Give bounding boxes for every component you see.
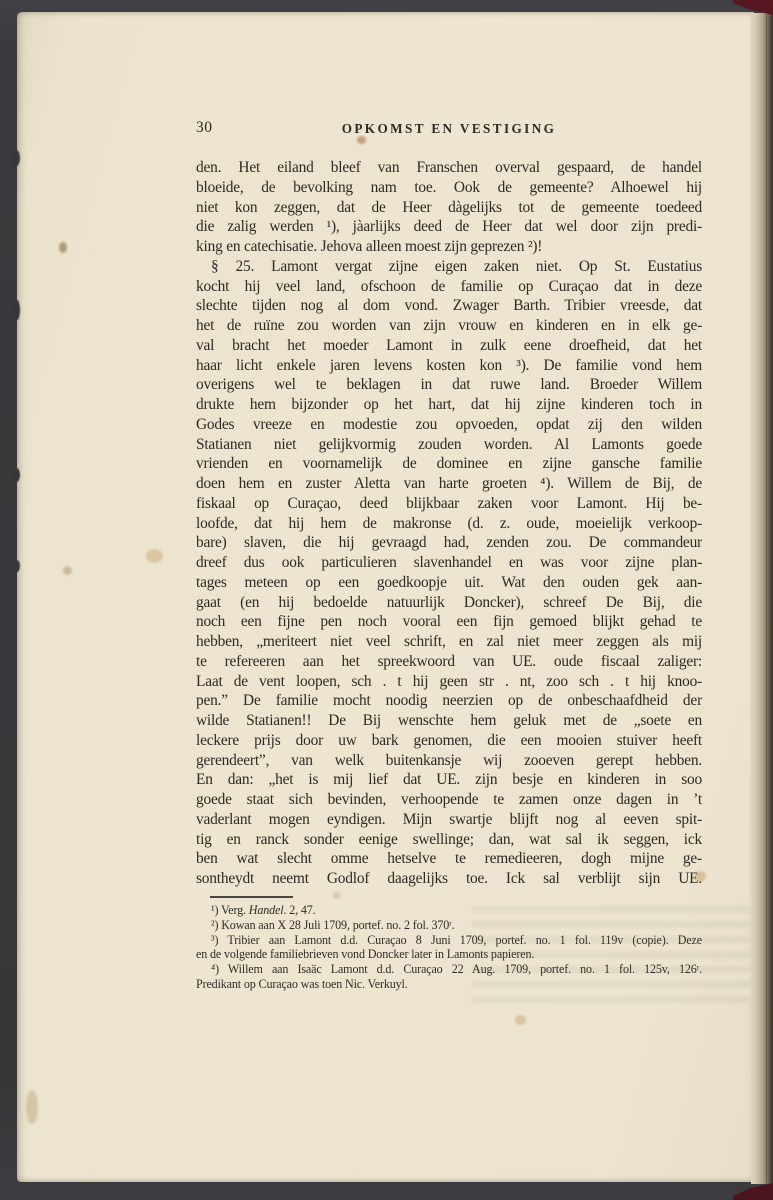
- page-edge-line: [766, 14, 767, 1183]
- text-line: te refereeren aan het spreekwoord van UE…: [196, 652, 702, 672]
- text-line: tages meteen op een goedkoopje uit. Wat …: [196, 573, 702, 593]
- footnote-text: ¹) Verg.: [211, 903, 249, 917]
- text-line: Godes vreeze en modestie zou opvoeden, o…: [196, 415, 702, 435]
- text-line: haar licht enkele jaren levens kosten ko…: [196, 356, 702, 376]
- footnote-line: ²) Kowan aan X 28 Juli 1709, portef. no.…: [196, 918, 702, 933]
- text-line: hebben, „meriteert niet veel schrift, en…: [196, 632, 702, 652]
- text-line: vaderlant mogen eyndigen. Mijn swartje b…: [196, 810, 702, 830]
- paper-edge-nick: [14, 300, 20, 320]
- footnote-separator: [210, 896, 293, 898]
- text-line: den. Het eiland bleef van Franschen over…: [196, 158, 702, 178]
- text-line: fiskaal op Curaçao, deed blijkbaar zaken…: [196, 494, 702, 514]
- running-header: OPKOMST EN VESTIGING: [196, 121, 702, 137]
- footnote-line: en de volgende familiebrieven vond Donck…: [196, 947, 702, 962]
- text-line: Laat de vent loopen, sch . t hij geen st…: [196, 672, 702, 692]
- footnote-text: ³) Tribier aan Lamont d.d. Curaçao 8 Jun…: [211, 933, 702, 947]
- text-line: gaat (en hij bedoelde natuurlijk Doncker…: [196, 593, 702, 613]
- book-cover-corner-bottom: [733, 1183, 773, 1200]
- text-line: dreef dus ook particulieren slavenhandel…: [196, 553, 702, 573]
- page-edges: [751, 13, 773, 1184]
- body-text: den. Het eiland bleef van Franschen over…: [196, 158, 702, 889]
- text-line: slechte tijden nog al dom vond. Zwager B…: [196, 296, 702, 316]
- text-line: bloeide, de bevolking nam toe. Ook de ge…: [196, 178, 702, 198]
- footnote-line: Predikant op Curaçao was toen Nic. Verku…: [196, 977, 702, 992]
- text-line: bare) slaven, die hij gevraagd had, zend…: [196, 533, 702, 553]
- text-line: die zalig werden ¹), jàarlijks deed de H…: [196, 217, 702, 237]
- text-line: niet kon zeggen, dat de Heer dàgelijks t…: [196, 198, 702, 218]
- scanned-book-page: 30 OPKOMST EN VESTIGING den. Het eiland …: [0, 0, 773, 1200]
- text-line: noch een fijne pen noch vooral een fijn …: [196, 612, 702, 632]
- text-line: het de ruïne zou worden van zijn vrouw e…: [196, 316, 702, 336]
- text-line: wilde Statianen!! De Bij wenschte hem ge…: [196, 711, 702, 731]
- footnotes: ¹) Verg. Handel. 2, 47.²) Kowan aan X 28…: [196, 903, 702, 992]
- footnote-text: ²) Kowan aan X 28 Juli 1709, portef. no.…: [211, 918, 455, 932]
- text-line: Statianen niet gelijkvormig zouden worde…: [196, 435, 702, 455]
- footnote-text: Predikant op Curaçao was toen Nic. Verku…: [196, 977, 408, 991]
- text-line: overigens wel te beklagen in dat ruwe la…: [196, 375, 702, 395]
- footnote-line: ⁴) Willem aan Isaäc Lamont d.d. Curaçao …: [196, 962, 702, 977]
- text-line: vrienden en voornamelijk de dominee en z…: [196, 454, 702, 474]
- text-line: pen.” De familie mocht noodig neerzien o…: [196, 691, 702, 711]
- paper-edge-nick: [13, 150, 20, 166]
- text-line: kocht hij veel land, ofschoon de familie…: [196, 277, 702, 297]
- footnote-text: ⁴) Willem aan Isaäc Lamont d.d. Curaçao …: [211, 962, 702, 976]
- text-line: § 25. Lamont vergat zijne eigen zaken ni…: [196, 257, 702, 277]
- text-line: tig en ranck sonder eenige swellinge; da…: [196, 830, 702, 850]
- footnote-text: . 2, 47.: [283, 903, 315, 917]
- text-line: ben wat slecht omme hetselve te remediee…: [196, 849, 702, 869]
- text-line: goede staat sich bevinden, verhoopende t…: [196, 790, 702, 810]
- text-line: loofde, dat hij hem de makronse (d. z. o…: [196, 514, 702, 534]
- paper-edge-nick: [14, 560, 20, 572]
- text-line: doen hem en zuster Aletta van harte groe…: [196, 474, 702, 494]
- text-line: leckere prijs door uw bark genomen, die …: [196, 731, 702, 751]
- footnote-line: ³) Tribier aan Lamont d.d. Curaçao 8 Jun…: [196, 933, 702, 948]
- text-line: sontheydt neemt Godlof daagelijks toe. I…: [196, 869, 702, 889]
- text-line: king en catechisatie. Jehova alleen moes…: [196, 237, 702, 257]
- text-line: gerendeert”, van welk buitenkansje wij z…: [196, 751, 702, 771]
- text-line: drukte hem bijzonder op het hart, dat hi…: [196, 395, 702, 415]
- footnote-text: en de volgende familiebrieven vond Donck…: [196, 947, 534, 961]
- footnote-line: ¹) Verg. Handel. 2, 47.: [196, 903, 702, 918]
- text-line: val bracht het moeder Lamont in zulk een…: [196, 336, 702, 356]
- footnote-italic-text: Handel: [249, 903, 284, 917]
- paper-edge-nick: [13, 468, 20, 482]
- text-line: En dan: „het is mij lief dat UE. zijn be…: [196, 770, 702, 790]
